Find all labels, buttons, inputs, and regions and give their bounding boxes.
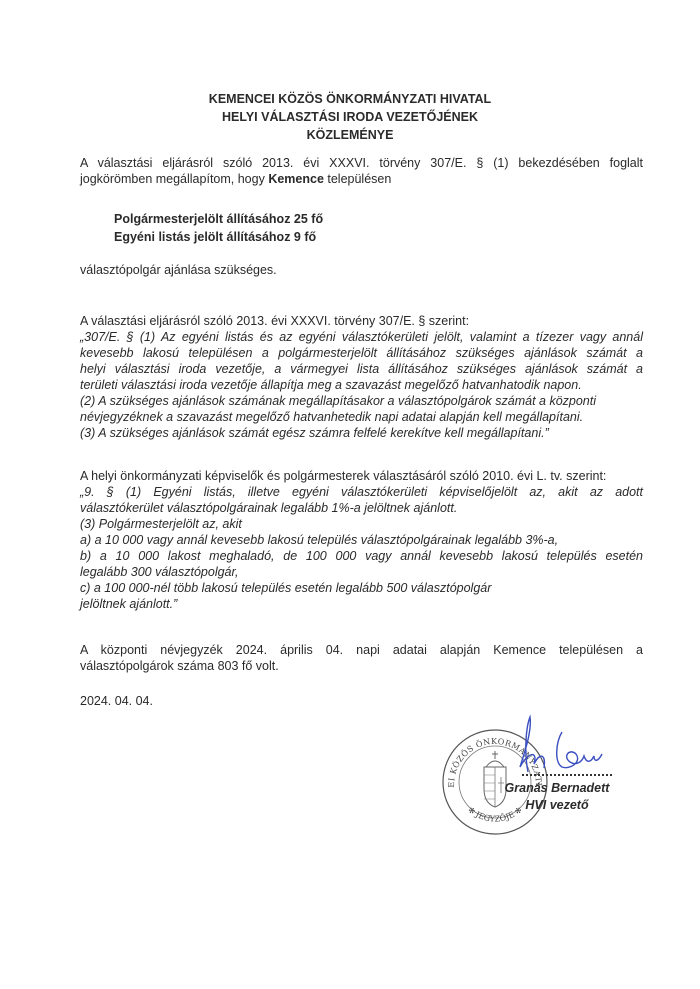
law1-line: névjegyzéknek a szavazást megelőző hatva… bbox=[80, 409, 643, 425]
signature-line bbox=[522, 774, 612, 776]
intro-line-1: A választási eljárásról szóló 2013. évi … bbox=[80, 155, 643, 171]
law2-line: legalább 300 választópolgár, bbox=[80, 564, 643, 580]
conclusion-paragraph: A központi névjegyzék 2024. április 04. … bbox=[80, 642, 643, 674]
law1-section: A választási eljárásról szóló 2013. évi … bbox=[80, 313, 643, 441]
requirements-suffix: választópolgár ajánlása szükséges. bbox=[80, 262, 643, 278]
law2-line: választókerület választópolgárainak lega… bbox=[80, 500, 643, 516]
intro-suffix: településen bbox=[324, 172, 391, 186]
date-text: 2024. 04. 04. bbox=[80, 693, 643, 709]
intro-paragraph: A választási eljárásról szóló 2013. évi … bbox=[80, 155, 643, 187]
intro-prefix: jogkörömben megállapítom, hogy bbox=[80, 172, 268, 186]
law2-line: b) a 10 000 lakost meghaladó, de 100 000… bbox=[80, 548, 643, 564]
law2-line: jelöltnek ajánlott.” bbox=[80, 596, 643, 612]
document-page: KEMENCEI KÖZÖS ÖNKORMÁNYZATI HIVATAL HEL… bbox=[0, 0, 700, 989]
requirement-individual-list: Egyéni listás jelölt állításához 9 fő bbox=[114, 228, 323, 246]
municipality-name: Kemence bbox=[268, 172, 324, 186]
law1-line: helyi választási iroda vezetője, a várme… bbox=[80, 361, 643, 377]
signatory-name: Granás Bernadett bbox=[492, 780, 622, 797]
signature-block: KEMENCEI KÖZÖS ÖNKORMÁNYZATI HIVATAL ✻ J… bbox=[440, 712, 620, 842]
requirement-mayor: Polgármesterjelölt állításához 25 fő bbox=[114, 210, 323, 228]
header-department: HELYI VÁLASZTÁSI IRODA VEZETŐJÉNEK bbox=[0, 108, 700, 126]
intro-line-2: jogkörömben megállapítom, hogy Kemence t… bbox=[80, 171, 643, 187]
law2-line: a) a 10 000 vagy annál kevesebb lakosú t… bbox=[80, 532, 643, 548]
requirements-suffix-text: választópolgár ajánlása szükséges. bbox=[80, 262, 643, 278]
law1-line: (2) A szükséges ajánlások számának megál… bbox=[80, 393, 643, 409]
law2-line: „9. § (1) Egyéni listás, illetve egyéni … bbox=[80, 484, 643, 500]
header-title: KÖZLEMÉNYE bbox=[0, 126, 700, 144]
requirements-list: Polgármesterjelölt állításához 25 fő Egy… bbox=[114, 210, 323, 246]
header-office: KEMENCEI KÖZÖS ÖNKORMÁNYZATI HIVATAL bbox=[0, 90, 700, 108]
law2-intro: A helyi önkormányzati képviselők és polg… bbox=[80, 468, 643, 484]
law2-line: (3) Polgármesterjelölt az, akit bbox=[80, 516, 643, 532]
law2-line: c) a 100 000-nél több lakosú település e… bbox=[80, 580, 643, 596]
signatory: Granás Bernadett HVI vezető bbox=[492, 780, 622, 814]
law1-line: kevesebb lakosú településen a polgármest… bbox=[80, 345, 643, 361]
document-header: KEMENCEI KÖZÖS ÖNKORMÁNYZATI HIVATAL HEL… bbox=[0, 90, 700, 144]
conclusion-line-1: A központi névjegyzék 2024. április 04. … bbox=[80, 642, 643, 658]
handwritten-signature-icon bbox=[490, 712, 620, 782]
law1-line: „307/E. § (1) Az egyéni listás és az egy… bbox=[80, 329, 643, 345]
signatory-title: HVI vezető bbox=[492, 797, 622, 814]
conclusion-line-2: választópolgárok száma 803 fő volt. bbox=[80, 658, 643, 674]
law1-line: területi választási iroda vezetője állap… bbox=[80, 377, 643, 393]
document-date: 2024. 04. 04. bbox=[80, 693, 643, 709]
law1-line: (3) A szükséges ajánlások számát egész s… bbox=[80, 425, 643, 441]
law1-intro: A választási eljárásról szóló 2013. évi … bbox=[80, 313, 643, 329]
law2-section: A helyi önkormányzati képviselők és polg… bbox=[80, 468, 643, 612]
